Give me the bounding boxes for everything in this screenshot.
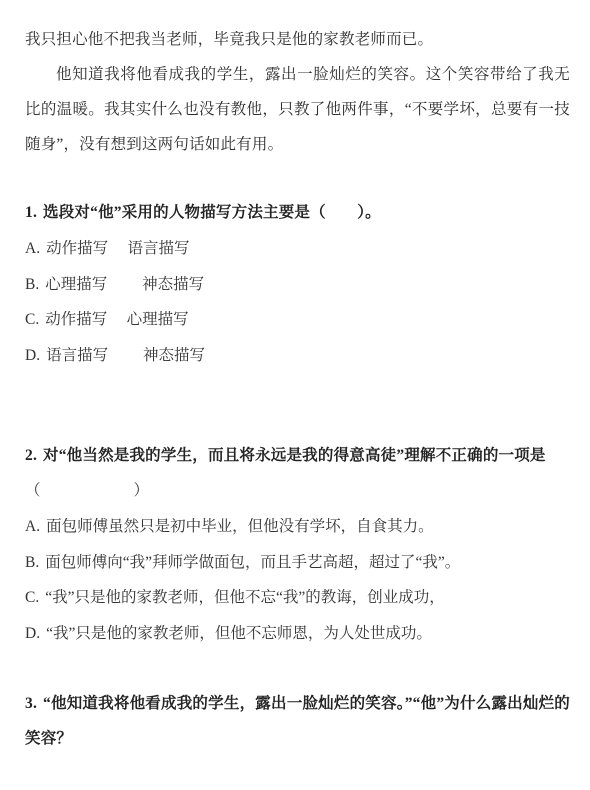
option-label: B.	[25, 554, 45, 571]
question-1-option-d: D.语言描写 神态描写	[25, 338, 570, 374]
option-label: D.	[25, 625, 46, 642]
question-2-option-c: C.“我”只是他的家教老师，但他不忘“我”的教诲，创业成功，	[25, 580, 570, 616]
option-text: “我”只是他的家教老师，但他不忘“我”的教诲，创业成功，	[45, 589, 445, 606]
option-label: D.	[25, 347, 46, 364]
question-1-stem: 1.选段对“他”采用的人物描写方法主要是（ ）。	[25, 195, 570, 230]
option-text: 动作描写 语言描写	[46, 240, 189, 257]
worksheet-page: 我只担心他不把我当老师，毕竟我只是他的家教老师而已。 他知道我将他看成我的学生，…	[0, 0, 590, 756]
question-1-number: 1.	[25, 204, 43, 221]
option-text: 动作描写 心理描写	[45, 311, 188, 328]
option-text: 心理描写 神态描写	[45, 276, 204, 293]
question-1: 1.选段对“他”采用的人物描写方法主要是（ ）。 A.动作描写 语言描写 B.心…	[25, 195, 570, 373]
question-2-answer-blank: （ ）	[25, 473, 570, 508]
option-text: “我”只是他的家教老师，但他不忘师恩，为人处世成功。	[46, 625, 432, 642]
question-2-option-b: B.面包师傅向“我”拜师学做面包，而且手艺高超，超过了“我”。	[25, 545, 570, 581]
question-2-text: 对“他当然是我的学生，而且将永远是我的得意高徒”理解不正确的一项是	[43, 447, 546, 464]
option-text: 面包师傅虽然只是初中毕业，但他没有学坏，自食其力。	[46, 518, 434, 535]
question-2-options: A.面包师傅虽然只是初中毕业，但他没有学坏，自食其力。 B.面包师傅向“我”拜师…	[25, 509, 570, 651]
question-3-text: “他知道我将他看成我的学生，露出一脸灿烂的笑容。”“他”为什么露出灿烂的笑容？	[25, 695, 570, 747]
option-label: A.	[25, 240, 46, 257]
passage-paragraph-2: 他知道我将他看成我的学生，露出一脸灿烂的笑容。这个笑容带给了我无比的温暖。我其实…	[25, 57, 570, 162]
option-label: B.	[25, 276, 45, 293]
question-2-option-d: D.“我”只是他的家教老师，但他不忘师恩，为人处世成功。	[25, 616, 570, 652]
question-1-option-a: A.动作描写 语言描写	[25, 231, 570, 267]
question-2-number: 2.	[25, 447, 43, 464]
question-3: 3.“他知道我将他看成我的学生，露出一脸灿烂的笑容。”“他”为什么露出灿烂的笑容…	[25, 686, 570, 756]
passage-paragraph-1: 我只担心他不把我当老师，毕竟我只是他的家教老师而已。	[25, 22, 570, 57]
question-3-stem: 3.“他知道我将他看成我的学生，露出一脸灿烂的笑容。”“他”为什么露出灿烂的笑容…	[25, 686, 570, 756]
question-2: 2.对“他当然是我的学生，而且将永远是我的得意高徒”理解不正确的一项是 （ ） …	[25, 438, 570, 651]
question-1-option-b: B.心理描写 神态描写	[25, 267, 570, 303]
question-1-text: 选段对“他”采用的人物描写方法主要是（ ）。	[43, 204, 381, 221]
question-2-option-a: A.面包师傅虽然只是初中毕业，但他没有学坏，自食其力。	[25, 509, 570, 545]
option-text: 语言描写 神态描写	[46, 347, 205, 364]
question-1-option-c: C.动作描写 心理描写	[25, 302, 570, 338]
question-1-options: A.动作描写 语言描写 B.心理描写 神态描写 C.动作描写 心理描写 D.语言…	[25, 231, 570, 373]
question-3-number: 3.	[25, 695, 43, 712]
option-label: C.	[25, 589, 45, 606]
option-label: C.	[25, 311, 45, 328]
option-label: A.	[25, 518, 46, 535]
question-2-stem: 2.对“他当然是我的学生，而且将永远是我的得意高徒”理解不正确的一项是	[25, 438, 570, 473]
option-text: 面包师傅向“我”拜师学做面包，而且手艺高超，超过了“我”。	[45, 554, 460, 571]
